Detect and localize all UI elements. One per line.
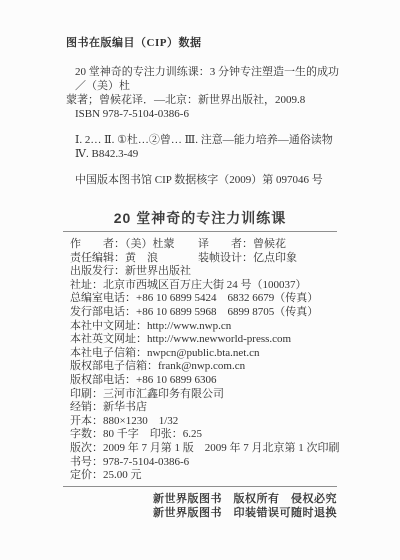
- colophon-row-printer: 印刷：三河市汇鑫印务有限公司: [70, 388, 340, 402]
- colophon-row-editorial-phone: 总编室电话：+86 10 6899 5424 6832 6679（传真）: [70, 292, 340, 306]
- return-policy-notice: 新世界版图书 印装错误可随时退换: [153, 507, 337, 521]
- cip-block: 图书在版编目（CIP）数据 20 堂神奇的专注力训练课：3 分钟专注塑造一生的成…: [66, 36, 344, 187]
- cip-isbn: ISBN 978-7-5104-0386-6: [66, 107, 344, 121]
- author-label-value: 作 者：（美）杜蒙: [70, 238, 175, 250]
- footer-notices: 新世界版图书 版权所有 侵权必究 新世界版图书 印装错误可随时退换: [153, 493, 337, 520]
- colophon-row-book-number: 书号：978-7-5104-0386-6: [70, 456, 340, 470]
- colophon-row-website-cn: 本社中文网址：http://www.nwp.cn: [70, 320, 340, 334]
- designer-label-value: 装帧设计：亿点印象: [198, 252, 297, 266]
- colophon-row-rights-email: 版权部电子信箱：frank@nwp.com.cn: [70, 360, 340, 374]
- colophon-row-address: 社址：北京市西城区百万庄大街 24 号（100037）: [70, 279, 340, 293]
- copyright-page: 图书在版编目（CIP）数据 20 堂神奇的专注力训练课：3 分钟专注塑造一生的成…: [0, 0, 400, 560]
- translator-label-value: 译 者：曾候花: [198, 238, 286, 252]
- editor-label-value: 责任编辑：黄 浪: [70, 252, 158, 264]
- cip-record-line2: 蒙著；曾候花译．—北京：新世界出版社，2009.8: [66, 93, 344, 107]
- divider-top: [63, 231, 337, 232]
- colophon-row-price: 定价：25.00 元: [70, 469, 340, 483]
- colophon-row-website-en: 本社英文网址：http://www.newworld-press.com: [70, 333, 340, 347]
- colophon-row-distribution-phone: 发行部电话：+86 10 6899 5968 6899 8705（传真）: [70, 306, 340, 320]
- cip-classification: Ⅰ. 2… Ⅱ. ①杜…②曾… Ⅲ. 注意—能力培养—通俗读物 Ⅳ. B842.…: [66, 133, 344, 161]
- cip-record: 20 堂神奇的专注力训练课：3 分钟专注塑造一生的成功／（美）杜 蒙著；曾候花译…: [66, 65, 344, 121]
- cip-record-line1: 20 堂神奇的专注力训练课：3 分钟专注塑造一生的成功／（美）杜: [66, 65, 344, 93]
- cip-header: 图书在版编目（CIP）数据: [66, 36, 344, 50]
- cip-registry-number: 中国版本图书馆 CIP 数据核字（2009）第 097046 号: [66, 173, 344, 187]
- colophon-row-edition: 版次：2009 年 7 月第 1 版 2009 年 7 月北京第 1 次印刷: [70, 442, 340, 456]
- colophon-row-wordcount: 字数：80 千字 印张：6.25: [70, 428, 340, 442]
- divider-bottom: [63, 486, 337, 487]
- colophon-row-publisher: 出版发行：新世界出版社: [70, 265, 340, 279]
- colophon-row-author: 作 者：（美）杜蒙 译 者：曾候花: [70, 238, 340, 252]
- colophon-row-rights-phone: 版权部电话：+86 10 6899 6306: [70, 374, 340, 388]
- colophon-row-format: 开本：880×1230 1/32: [70, 415, 340, 429]
- book-title: 20 堂神奇的专注力训练课: [0, 208, 400, 228]
- colophon-block: 作 者：（美）杜蒙 译 者：曾候花 责任编辑：黄 浪 装帧设计：亿点印象 出版发…: [70, 238, 340, 483]
- colophon-row-distributor: 经销：新华书店: [70, 401, 340, 415]
- colophon-row-editor: 责任编辑：黄 浪 装帧设计：亿点印象: [70, 252, 340, 266]
- copyright-notice: 新世界版图书 版权所有 侵权必究: [153, 493, 337, 507]
- colophon-row-email: 本社电子信箱：nwpcn@public.bta.net.cn: [70, 347, 340, 361]
